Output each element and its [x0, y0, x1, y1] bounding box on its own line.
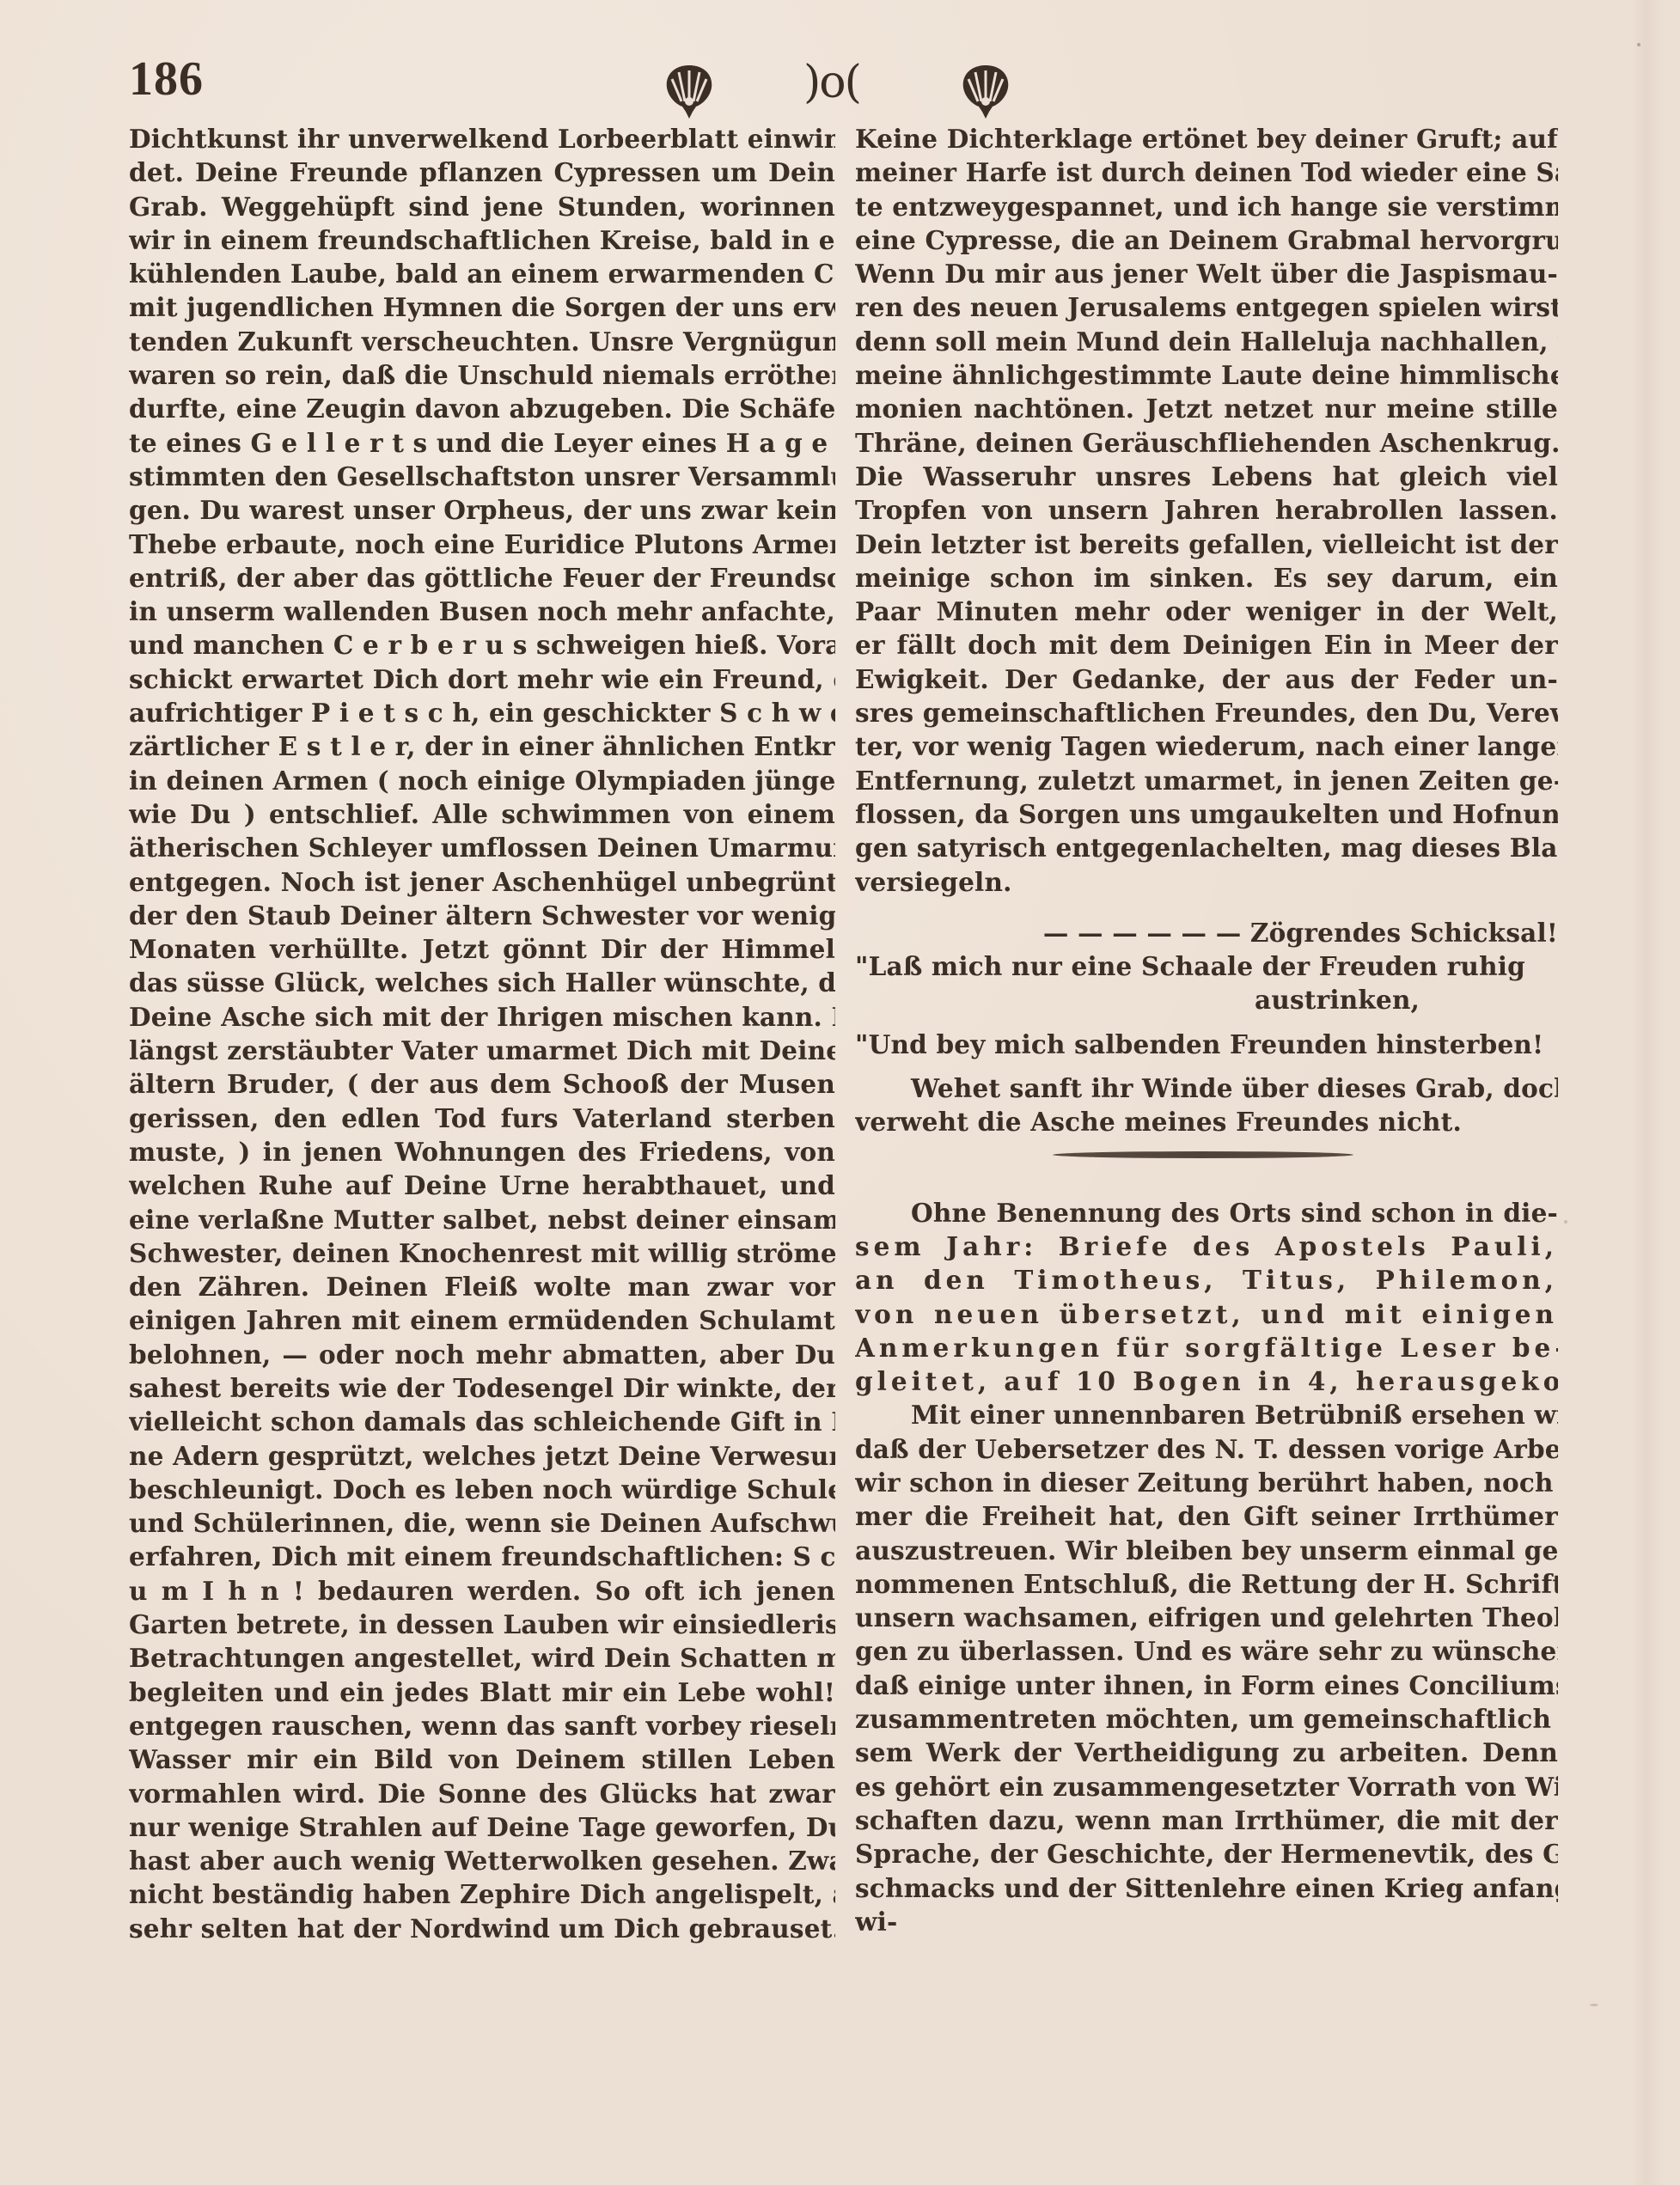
text-line: mit jugendlichen Hymnen die Sorgen der u…	[129, 290, 835, 324]
text-line: nur wenige Strahlen auf Deine Tage gewor…	[129, 1810, 835, 1844]
text-line: vielleicht schon damals das schleichende…	[129, 1405, 835, 1438]
text-line: det. Deine Freunde pflanzen Cypressen um…	[129, 156, 835, 189]
text-line: erfahren, Dich mit einem freundschaftlic…	[129, 1540, 835, 1573]
text-line: kühlenden Laube, bald an einem erwarmend…	[129, 257, 835, 290]
text-line: vormahlen wird. Die Sonne des Glücks hat…	[129, 1777, 835, 1810]
text-line: nicht beständig haben Zephire Dich angel…	[129, 1877, 835, 1911]
text-line: sehr selten hat der Nordwind um Dich geb…	[129, 1912, 835, 1945]
text-line: denn soll mein Mund dein Halleluja nachh…	[855, 325, 1558, 358]
text-line: hast aber auch wenig Wetterwolken gesehe…	[129, 1844, 835, 1877]
text-line: auszustreuen. Wir bleiben bey unserm ein…	[855, 1534, 1558, 1567]
text-line: meinige schon im sinken. Es sey darum, e…	[855, 561, 1558, 595]
text-line: flossen, da Sorgen uns umgaukelten und H…	[855, 797, 1558, 831]
text-line: gen zu überlassen. Und es wäre sehr zu w…	[855, 1634, 1558, 1668]
text-line: Sprache, der Geschichte, der Hermenevtik…	[855, 1837, 1558, 1871]
text-line: eine verlaßne Mutter salbet, nebst deine…	[129, 1203, 835, 1236]
text-line: Garten betrete, in dessen Lauben wir ein…	[129, 1608, 835, 1641]
shell-ornament-icon	[662, 60, 717, 120]
text-line: te eines G e l l e r t s und die Leyer e…	[129, 426, 835, 460]
text-line: tenden Zukunft verscheuchten. Unsre Verg…	[129, 325, 835, 358]
text-line: Monaten verhüllte. Jetzt gönnt Dir der H…	[129, 932, 835, 966]
ornamental-rule	[1053, 1151, 1353, 1158]
text-line: durfte, eine Zeugin davon abzugeben. Die…	[129, 392, 835, 425]
title-line: von neuen übersetzt, und mit einigen	[855, 1297, 1558, 1331]
text-line: der den Staub Deiner ältern Schwester vo…	[129, 899, 835, 932]
text-line: Dein letzter ist bereits gefallen, viell…	[855, 528, 1558, 561]
text-line: ne Adern gesprützt, welches jetzt Deine …	[129, 1439, 835, 1473]
text-line: schmacks und der Sittenlehre einen Krieg…	[855, 1871, 1558, 1905]
text-line: den Zähren. Deinen Fleiß wolte man zwar …	[129, 1270, 835, 1303]
text-line: Wenn Du mir aus jener Welt über die Jasp…	[855, 257, 1558, 290]
text-line: Deine Asche sich mit der Ihrigen mischen…	[129, 1000, 835, 1034]
book-title: sem Jahr: Briefe des Apostels Pauli,an d…	[855, 1230, 1558, 1398]
text-line: te entzweygespannet, und ich hange sie v…	[855, 190, 1558, 223]
text-line: unsern wachsamen, eifrigen und gelehrten…	[855, 1601, 1558, 1634]
text-line: wir schon in dieser Zeitung berührt habe…	[855, 1466, 1558, 1499]
text-line: und manchen C e r b e r u s schweigen hi…	[129, 628, 835, 662]
title-line: gleitet, auf 10 Bogen in 4, herausgekomm…	[855, 1364, 1558, 1398]
text-line: entgegen rauschen, wenn das sanft vorbey…	[129, 1709, 835, 1743]
text-line: schickt erwartet Dich dort mehr wie ein …	[129, 662, 835, 696]
text-line: entgegen. Noch ist jener Aschenhügel unb…	[129, 865, 835, 899]
text-line: waren so rein, daß die Unschuld niemals …	[129, 358, 835, 392]
text-line: längst zerstäubter Vater umarmet Dich mi…	[129, 1034, 835, 1067]
text-line: Betrachtungen angestellet, wird Dein Sch…	[129, 1641, 835, 1675]
text-line: schaften dazu, wenn man Irrthümer, die m…	[855, 1804, 1558, 1837]
text-line: Schwester, deinen Knochenrest mit willig…	[129, 1236, 835, 1270]
text-line: er fällt doch mit dem Deinigen Ein in Me…	[855, 628, 1558, 662]
text-line: das süsse Glück, welches sich Haller wün…	[129, 966, 835, 999]
verse-dashes: — — — — — —	[1043, 918, 1242, 948]
text-line: sahest bereits wie der Todesengel Dir wi…	[129, 1371, 835, 1405]
verse-line: — — — — — — Zögrendes Schicksal!	[855, 916, 1558, 949]
text-line: Mit einer unnennbaren Betrübniß ersehen …	[855, 1398, 1558, 1431]
notice-intro: Ohne Benennung des Orts sind schon in di…	[855, 1196, 1558, 1230]
text-line: gen. Du warest unser Orpheus, der uns zw…	[129, 493, 835, 527]
text-line: Ewigkeit. Der Gedanke, der aus der Feder…	[855, 662, 1558, 696]
text-line: mer die Freiheit hat, den Gift seiner Ir…	[855, 1499, 1558, 1533]
text-line: Tropfen von unsern Jahren herabrollen la…	[855, 493, 1558, 527]
text-line: daß einige unter ihnen, in Form eines Co…	[855, 1669, 1558, 1702]
text-line: Keine Dichterklage ertönet bey deiner Gr…	[855, 122, 1558, 156]
text-line: belohnen, — oder noch mehr abmatten, abe…	[129, 1338, 835, 1371]
text-line: ältern Bruder, ( der aus dem Schooß der …	[129, 1067, 835, 1101]
text-line: Dichtkunst ihr unverwelkend Lorbeerblatt…	[129, 122, 835, 156]
text-line: nommenen Entschluß, die Rettung der H. S…	[855, 1567, 1558, 1601]
section-divider	[855, 1139, 1558, 1179]
text-line: gerissen, den edlen Tod furs Vaterland s…	[129, 1102, 835, 1135]
text-line: muste, ) in jenen Wohnungen des Friedens…	[129, 1135, 835, 1169]
text-line: begleiten und ein jedes Blatt mir ein Le…	[129, 1675, 835, 1709]
text-line: beschleunigt. Doch es leben noch würdige…	[129, 1473, 835, 1506]
shell-ornament-icon	[958, 60, 1013, 120]
text-line: sres gemeinschaftlichen Freundes, den Du…	[855, 696, 1558, 729]
text-line: Grab. Weggehüpft sind jene Stunden, wori…	[129, 190, 835, 223]
text-line: ter, vor wenig Tagen wiederum, nach eine…	[855, 729, 1558, 763]
verse-text: Zögrendes Schicksal!	[1250, 918, 1558, 948]
closing-line: Wehet sanft ihr Winde über dieses Grab, …	[855, 1071, 1558, 1105]
catchword: wi-	[855, 1905, 1558, 1938]
text-line: meiner Harfe ist durch deinen Tod wieder…	[855, 156, 1558, 189]
text-line: in unserm wallenden Busen noch mehr anfa…	[129, 595, 835, 628]
closing-line: verweht die Asche meines Freundes nicht.	[855, 1105, 1558, 1138]
right-column: Keine Dichterklage ertönet bey deiner Gr…	[855, 122, 1558, 1938]
text-line: zusammentreten möchten, um gemeinschaftl…	[855, 1702, 1558, 1736]
page-number: 186	[129, 52, 204, 107]
text-line: stimmten den Gesellschaftston unsrer Ver…	[129, 460, 835, 493]
review-body: Mit einer unnennbaren Betrübniß ersehen …	[855, 1398, 1558, 1904]
text-line: aufrichtiger P i e t s c h, ein geschick…	[129, 696, 835, 729]
text-line: daß der Uebersetzer des N. T. dessen vor…	[855, 1432, 1558, 1466]
text-line: Thebe erbaute, noch eine Euridice Pluton…	[129, 528, 835, 561]
text-line: ren des neuen Jerusalems entgegen spiele…	[855, 290, 1558, 324]
text-line: meine ähnlichgestimmte Laute deine himml…	[855, 358, 1558, 392]
text-line: es gehört ein zusammengesetzter Vorrath …	[855, 1770, 1558, 1804]
text-line: welchen Ruhe auf Deine Urne herabthauet,…	[129, 1169, 835, 1202]
text-line: zärtlicher E s t l e r, der in einer ähn…	[129, 729, 835, 763]
text-line: ätherischen Schleyer umflossen Deinen Um…	[129, 831, 835, 864]
text-line: und Schülerinnen, die, wenn sie Deinen A…	[129, 1506, 835, 1540]
text-line: gen satyrisch entgegenlachelten, mag die…	[855, 831, 1558, 864]
text-line: wie Du ) entschlief. Alle schwimmen von …	[129, 797, 835, 831]
verse-line: austrinken,	[855, 983, 1558, 1016]
text-line: u m I h n ! bedauren werden. So oft ich …	[129, 1574, 835, 1608]
left-column: Dichtkunst ihr unverwelkend Lorbeerblatt…	[129, 122, 835, 1945]
verse-line: "Laß mich nur eine Schaale der Freuden r…	[855, 949, 1558, 983]
title-line: Anmerkungen für sorgfältige Leser be-	[855, 1331, 1558, 1364]
text-line: Paar Minuten mehr oder weniger in der We…	[855, 595, 1558, 628]
title-line: an den Timotheus, Titus, Philemon,	[855, 1263, 1558, 1297]
text-line: in deinen Armen ( noch einige Olympiaden…	[129, 764, 835, 797]
text-line: sem Werk der Vertheidigung zu arbeiten. …	[855, 1736, 1558, 1769]
center-ornament: )o(	[803, 57, 860, 108]
text-line: Wasser mir ein Bild von Deinem stillen L…	[129, 1743, 835, 1776]
text-line: wir in einem freundschaftlichen Kreise, …	[129, 223, 835, 257]
text-line: entriß, der aber das göttliche Feuer der…	[129, 561, 835, 595]
title-line: sem Jahr: Briefe des Apostels Pauli,	[855, 1230, 1558, 1263]
newspaper-page: 186 )o( Dichtkunst ihr unverwelkend Lorb…	[0, 0, 1680, 2185]
text-line: Thräne, deinen Geräuschfliehenden Aschen…	[855, 426, 1558, 460]
text-line: Entfernung, zuletzt umarmet, in jenen Ze…	[855, 764, 1558, 797]
text-line: eine Cypresse, die an Deinem Grabmal her…	[855, 223, 1558, 257]
obituary-continuation: Keine Dichterklage ertönet bey deiner Gr…	[855, 122, 1558, 899]
text-line: monien nachtönen. Jetzt netzet nur meine…	[855, 392, 1558, 425]
text-line: Die Wasseruhr unsres Lebens hat gleich v…	[855, 460, 1558, 493]
text-line: versiegeln.	[855, 865, 1558, 899]
text-line: einigen Jahren mit einem ermüdenden Schu…	[129, 1303, 835, 1337]
verse-line: "Und bey mich salbenden Freunden hinster…	[855, 1028, 1558, 1061]
